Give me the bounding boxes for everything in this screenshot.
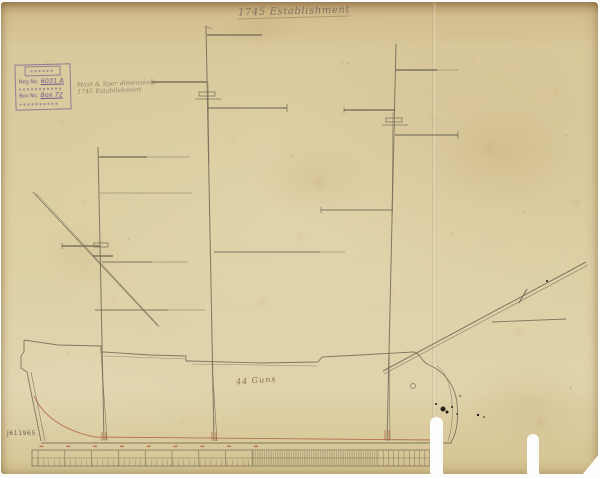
stamp-box-value: Box 72 (40, 91, 63, 98)
mizzen-mast (33, 147, 205, 440)
stamp-neg-value: 6031 A (41, 77, 64, 84)
hull-outline (21, 340, 458, 443)
stamp-box-label: Box No. (19, 93, 38, 100)
paper-notch (430, 417, 443, 478)
museum-stamp: Neg No. 6031 A Box No. Box 72 (14, 63, 71, 110)
scanned-ship-plan: { "annotations": { "top_title": "1745 Es… (0, 0, 600, 478)
scale-bar (32, 446, 430, 467)
stamp-header-box (24, 66, 60, 77)
paper-notch (527, 434, 539, 478)
keel-line-red (34, 396, 436, 441)
ship-plan-drawing (0, 0, 600, 478)
catalog-number-stamp: J611965 (7, 430, 36, 437)
stamp-illegible-footer (19, 102, 59, 106)
stamp-illegible-text (31, 69, 55, 72)
stamp-neg-label: Neg No. (19, 79, 39, 86)
ink-blots (435, 280, 548, 418)
bowsprit (383, 262, 588, 374)
fore-mast (321, 44, 458, 441)
